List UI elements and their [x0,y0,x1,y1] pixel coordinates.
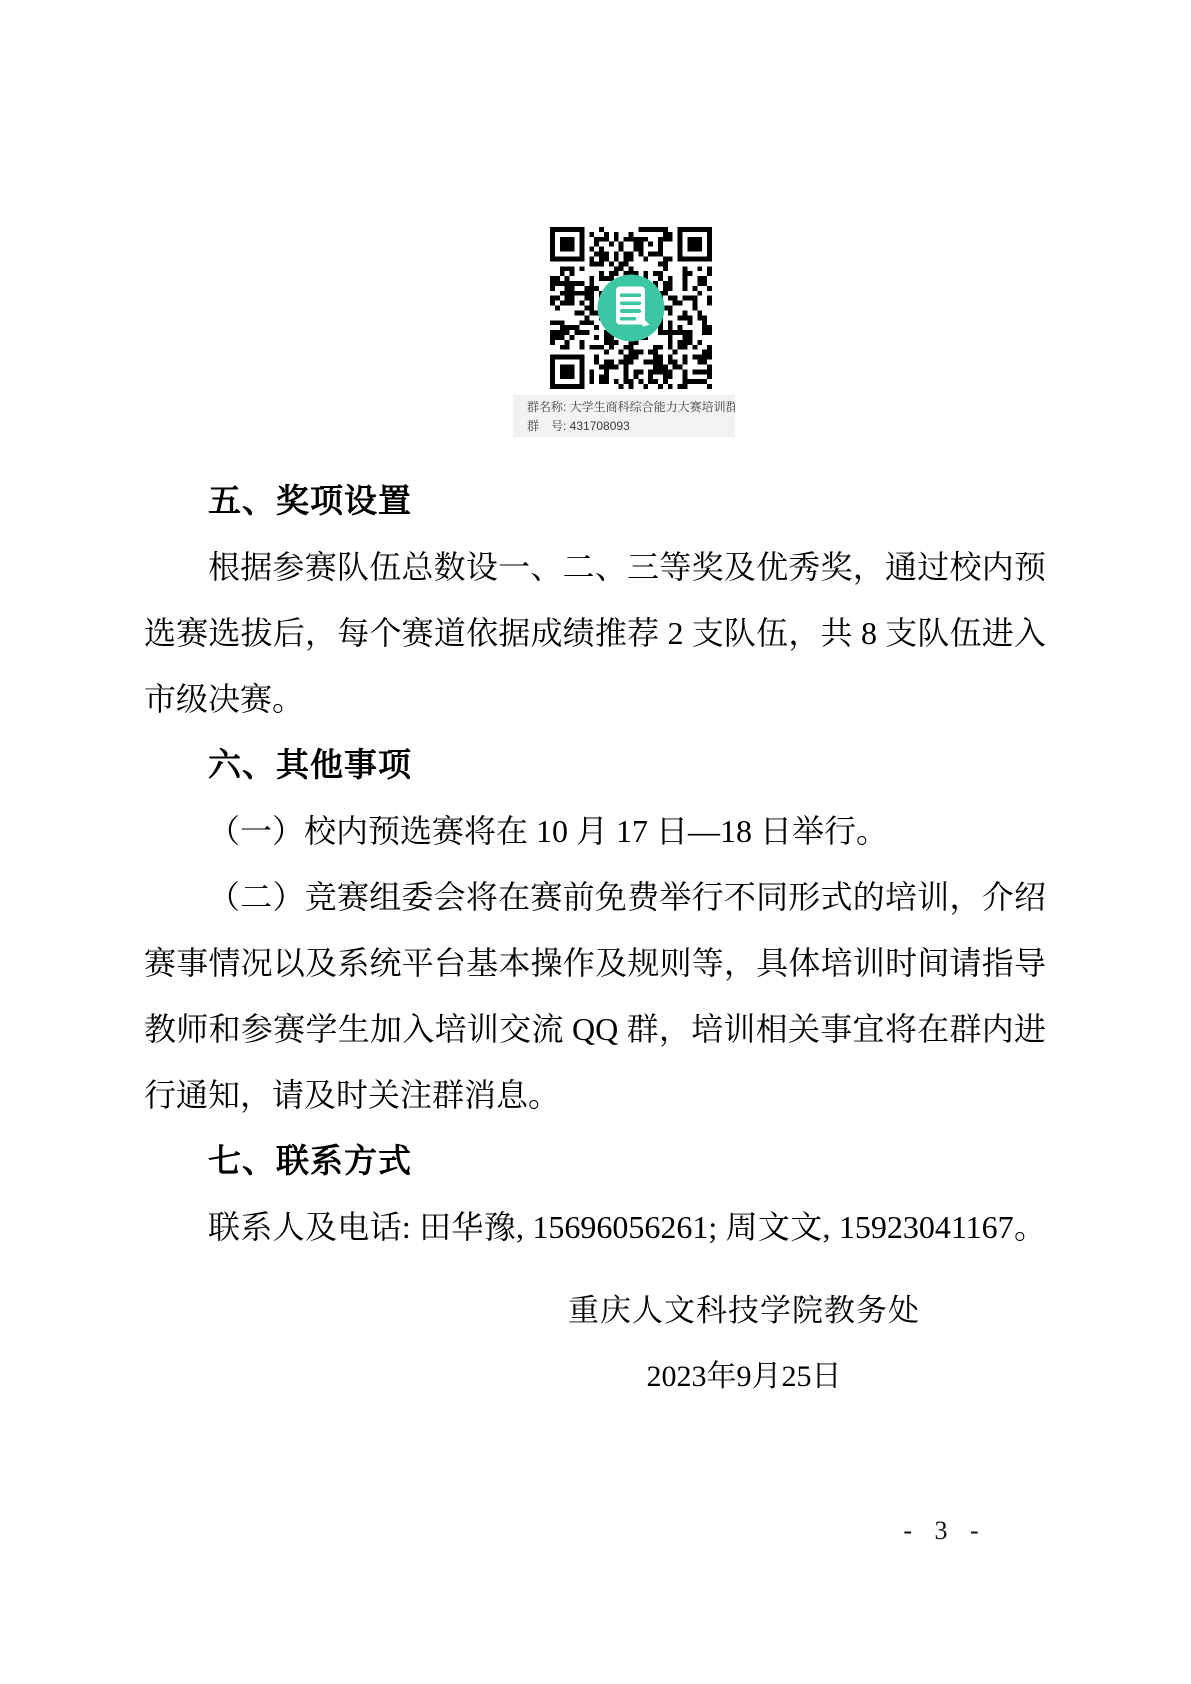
qr-group-name-row: 群名称: 大学生商科综合能力大赛培训群 [527,398,735,417]
section-heading-other-matters: 六、其他事项 [144,732,1046,798]
qq-group-qr-code [550,227,712,389]
body-line: 教师和参赛学生加入培训交流 QQ 群，培训相关事宜将在群内进 [144,996,1046,1062]
qr-group-number-label: 群 号: [527,419,570,433]
body-line: （二）竞赛组委会将在赛前免费举行不同形式的培训，介绍 [144,864,1046,930]
signature-block: 重庆人文科技学院教务处 2023年9月25日 [299,1278,1189,1410]
body-line: 市级决赛。 [144,666,1046,732]
qq-group-qr-figure [550,227,712,389]
document-page: 群名称: 大学生商科综合能力大赛培训群 群 号: 431708093 五、奖项设… [0,0,1191,1684]
qr-caption: 群名称: 大学生商科综合能力大赛培训群 群 号: 431708093 [513,395,735,437]
signature-organization: 重庆人文科技学院教务处 [299,1278,1189,1344]
contact-line: 联系人及电话: 田华豫, 15696056261; 周文文, 159230411… [144,1194,1046,1260]
body-line: 选赛选拔后，每个赛道依据成绩推荐 2 支队伍，共 8 支队伍进入 [144,600,1046,666]
qq-group-logo [598,275,665,342]
body-line: 行通知，请及时关注群消息。 [144,1062,1046,1128]
qr-group-name-value: 大学生商科综合能力大赛培训群 [570,400,735,414]
page-number: - 3 - [870,1516,1020,1546]
section-heading-contact: 七、联系方式 [144,1128,1046,1194]
body-line: 根据参赛队伍总数设一、二、三等奖及优秀奖，通过校内预 [144,534,1046,600]
signature-date: 2023年9月25日 [299,1344,1189,1410]
section-heading-awards: 五、奖项设置 [144,468,1046,534]
body-line: （一）校内预选赛将在 10 月 17 日—18 日举行。 [144,798,1046,864]
document-body: 五、奖项设置 根据参赛队伍总数设一、二、三等奖及优秀奖，通过校内预 选赛选拔后，… [144,468,1046,1260]
qr-group-number-value: 431708093 [570,419,630,433]
body-line: 赛事情况以及系统平台基本操作及规则等，具体培训时间请指导 [144,930,1046,996]
qr-group-name-label: 群名称: [527,400,570,414]
qr-group-number-row: 群 号: 431708093 [527,417,735,436]
